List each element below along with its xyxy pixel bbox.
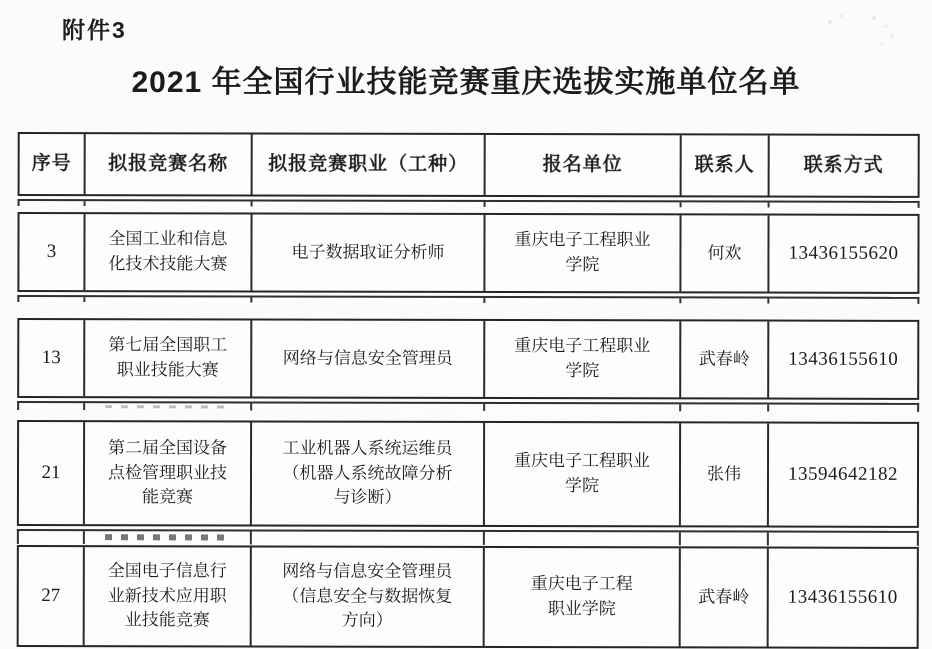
cell-serial: 27 xyxy=(19,547,85,645)
table-row: 13 第七届全国职工 职业技能大赛 网络与信息安全管理员 重庆电子工程职业 学院… xyxy=(17,318,919,412)
cell-occupation: 网络与信息安全管理员 （信息安全与数据恢复 方向） xyxy=(252,547,485,645)
cell-serial: 3 xyxy=(19,214,85,290)
cell-serial: 13 xyxy=(19,320,85,396)
table-row: 27 全国电子信息行 业新技术应用职 业技能竞赛 网络与信息安全管理员 （信息安… xyxy=(17,545,919,649)
table-row: 3 全国工业和信息 化技术技能大赛 电子数据取证分析师 重庆电子工程职业 学院 … xyxy=(17,212,919,304)
cut-off-row-sliver xyxy=(17,529,919,546)
cell-unit: 重庆电子工程职业 学院 xyxy=(485,321,681,397)
cell-phone: 13436155610 xyxy=(769,549,917,647)
cut-off-row-sliver xyxy=(18,199,920,208)
cut-off-text-fragment xyxy=(105,534,229,540)
column-header-contact: 联系人 xyxy=(682,135,770,195)
cell-contact: 武春岭 xyxy=(681,321,769,397)
cut-off-row-sliver xyxy=(17,295,919,304)
table-header-strip: 序号 拟报竞赛名称 拟报竞赛职业（工种） 报名单位 联系人 联系方式 xyxy=(18,132,920,208)
column-header-unit: 报名单位 xyxy=(486,135,682,195)
column-header-phone: 联系方式 xyxy=(770,136,918,196)
cell-contact: 何欢 xyxy=(681,215,769,291)
cut-off-row-sliver xyxy=(17,401,919,412)
column-header-competition: 拟报竞赛名称 xyxy=(86,134,253,194)
cell-occupation: 网络与信息安全管理员 xyxy=(252,320,485,396)
cell-unit: 重庆电子工程职业 学院 xyxy=(485,423,681,525)
cut-off-text-fragment xyxy=(105,405,229,408)
cell-unit: 重庆电子工程职业 学院 xyxy=(485,215,681,291)
column-header-serial: 序号 xyxy=(20,134,86,194)
cell-phone: 13436155610 xyxy=(769,322,917,398)
cell-competition: 全国工业和信息 化技术技能大赛 xyxy=(85,214,252,290)
table-row: 21 第二届全国设备 点检管理职业技 能竞赛 工业机器人系统运维员 （机器人系统… xyxy=(17,420,919,546)
cell-competition: 第二届全国设备 点检管理职业技 能竞赛 xyxy=(85,422,252,524)
cell-phone: 13436155620 xyxy=(769,216,917,292)
cell-contact: 武春岭 xyxy=(681,548,769,646)
cell-occupation: 电子数据取证分析师 xyxy=(252,214,485,290)
column-header-occupation: 拟报竞赛职业（工种） xyxy=(253,134,486,194)
table-sheet: 序号 拟报竞赛名称 拟报竞赛职业（工种） 报名单位 联系人 联系方式 3 全国工… xyxy=(17,0,924,649)
cell-contact: 张伟 xyxy=(681,423,769,525)
cell-competition: 全国电子信息行 业新技术应用职 业技能竞赛 xyxy=(85,547,252,645)
cell-competition: 第七届全国职工 职业技能大赛 xyxy=(85,320,252,396)
cell-unit: 重庆电子工程 职业学院 xyxy=(485,548,681,646)
cell-phone: 13594642182 xyxy=(769,424,917,526)
table-header-row: 序号 拟报竞赛名称 拟报竞赛职业（工种） 报名单位 联系人 联系方式 xyxy=(18,132,920,198)
cell-occupation: 工业机器人系统运维员 （机器人系统故障分析 与诊断） xyxy=(252,422,485,524)
cell-serial: 21 xyxy=(19,422,85,524)
